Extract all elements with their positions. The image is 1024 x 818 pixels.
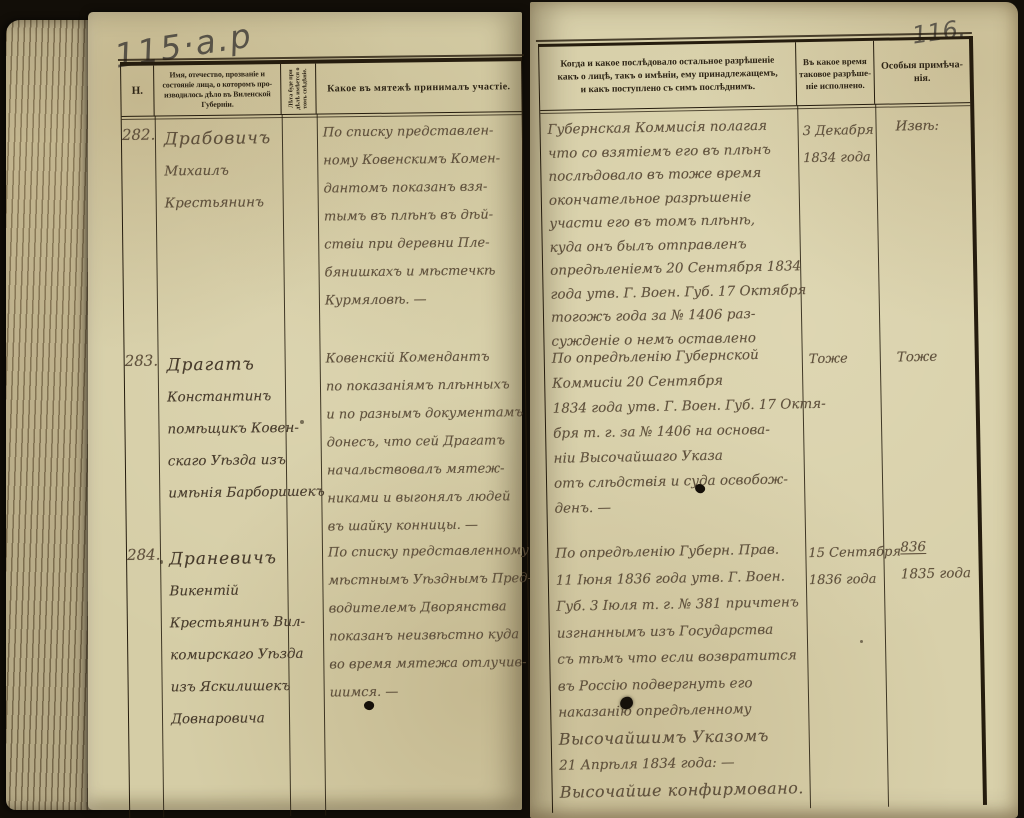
- right-table: Когда и какое послѣдовало остальное разр…: [538, 36, 987, 813]
- entry-283-notes: Тоже: [897, 344, 938, 372]
- entry-282-participation: По списку представлен-ному Ковенскимъ Ко…: [323, 117, 502, 315]
- column-divider: [155, 116, 165, 818]
- entry-284-resolution: По опредѣленію Губерн. Прав.11 Іюня 1836…: [555, 536, 804, 805]
- header-name-col: Имя, отечество, прозваніе исостояніе лиц…: [154, 64, 282, 116]
- right-page: 116. Когда и какое послѣдовало остальное…: [530, 2, 1018, 818]
- entry-283-number: 283.: [125, 352, 158, 370]
- entry-282-number: 282.: [122, 126, 155, 144]
- header-notes-text: Особыя примѣча-нія.: [881, 58, 963, 85]
- header-participation-col: Какое въ мятежѣ принималъ участіе.: [316, 61, 522, 114]
- entry-284-notes: 8361835 года: [900, 533, 971, 588]
- header-executed-text: Въ какое времятаковое разрѣше-ніе исполн…: [799, 54, 872, 91]
- entry-282-notes: Извѣ:: [895, 113, 939, 141]
- entry-284-number: 284.: [127, 546, 160, 564]
- entry-283-participation: Ковенскій Комендантъпо показаніямъ плѣнн…: [325, 343, 524, 541]
- header-name-text: Имя, отечество, прозваніе исостояніе лиц…: [162, 69, 272, 110]
- right-table-header: Когда и какое послѣдовало остальное разр…: [539, 39, 970, 111]
- header-age-col: Лѣта буде при дѣлѣ имѣется о томъ свѣдѣн…: [281, 64, 317, 114]
- page-edge-stack: [6, 20, 96, 810]
- entry-282-name: ДрабовичъМихаилъКрестьянинъ: [164, 122, 272, 219]
- header-age-text: Лѣта буде при дѣлѣ имѣется о томъ свѣдѣн…: [287, 64, 311, 114]
- book-scan: 115·а.р Н. Имя, отечество, прозваніе исо…: [0, 0, 1024, 818]
- entry-283-name: ДрагатъКонстантинъпомѣщикъ Ковен-скаго У…: [167, 348, 325, 510]
- header-resolution-col: Когда и какое послѣдовало остальное разр…: [539, 42, 797, 110]
- entry-284-participation: По списку представленномумѣстнымъ Уѣздны…: [328, 537, 534, 707]
- fox-spot: [860, 640, 863, 643]
- entry-282-executed: 3 Декабря1834 года: [802, 117, 874, 172]
- entry-282-resolution: Губернская Коммисія полагаячто со взятіе…: [547, 114, 807, 354]
- header-executed-col: Въ какое времятаковое разрѣше-ніе исполн…: [796, 41, 875, 105]
- entry-284-executed: 15 Сентября1836 года: [808, 538, 902, 594]
- entry-283-resolution: По опредѣленію ГубернскойКоммисіи 20 Сен…: [552, 342, 828, 522]
- header-number-col: Н.: [121, 66, 155, 116]
- column-divider: [875, 104, 889, 807]
- header-resolution-text: Когда и какое послѣдовало остальное разр…: [557, 55, 778, 98]
- entry-284-name: ДраневичъВикентійКрестьянинъ Вил-комирск…: [169, 542, 307, 736]
- fox-spot: [160, 560, 163, 564]
- fox-spot: [300, 420, 304, 424]
- left-table-header: Н. Имя, отечество, прозваніе исостояніе …: [121, 61, 522, 117]
- left-table: Н. Имя, отечество, прозваніе исостояніе …: [120, 57, 531, 818]
- header-notes-col: Особыя примѣча-нія.: [874, 39, 970, 104]
- left-page: 115·а.р Н. Имя, отечество, прозваніе исо…: [88, 12, 522, 810]
- entry-283-executed: Тоже: [809, 345, 848, 373]
